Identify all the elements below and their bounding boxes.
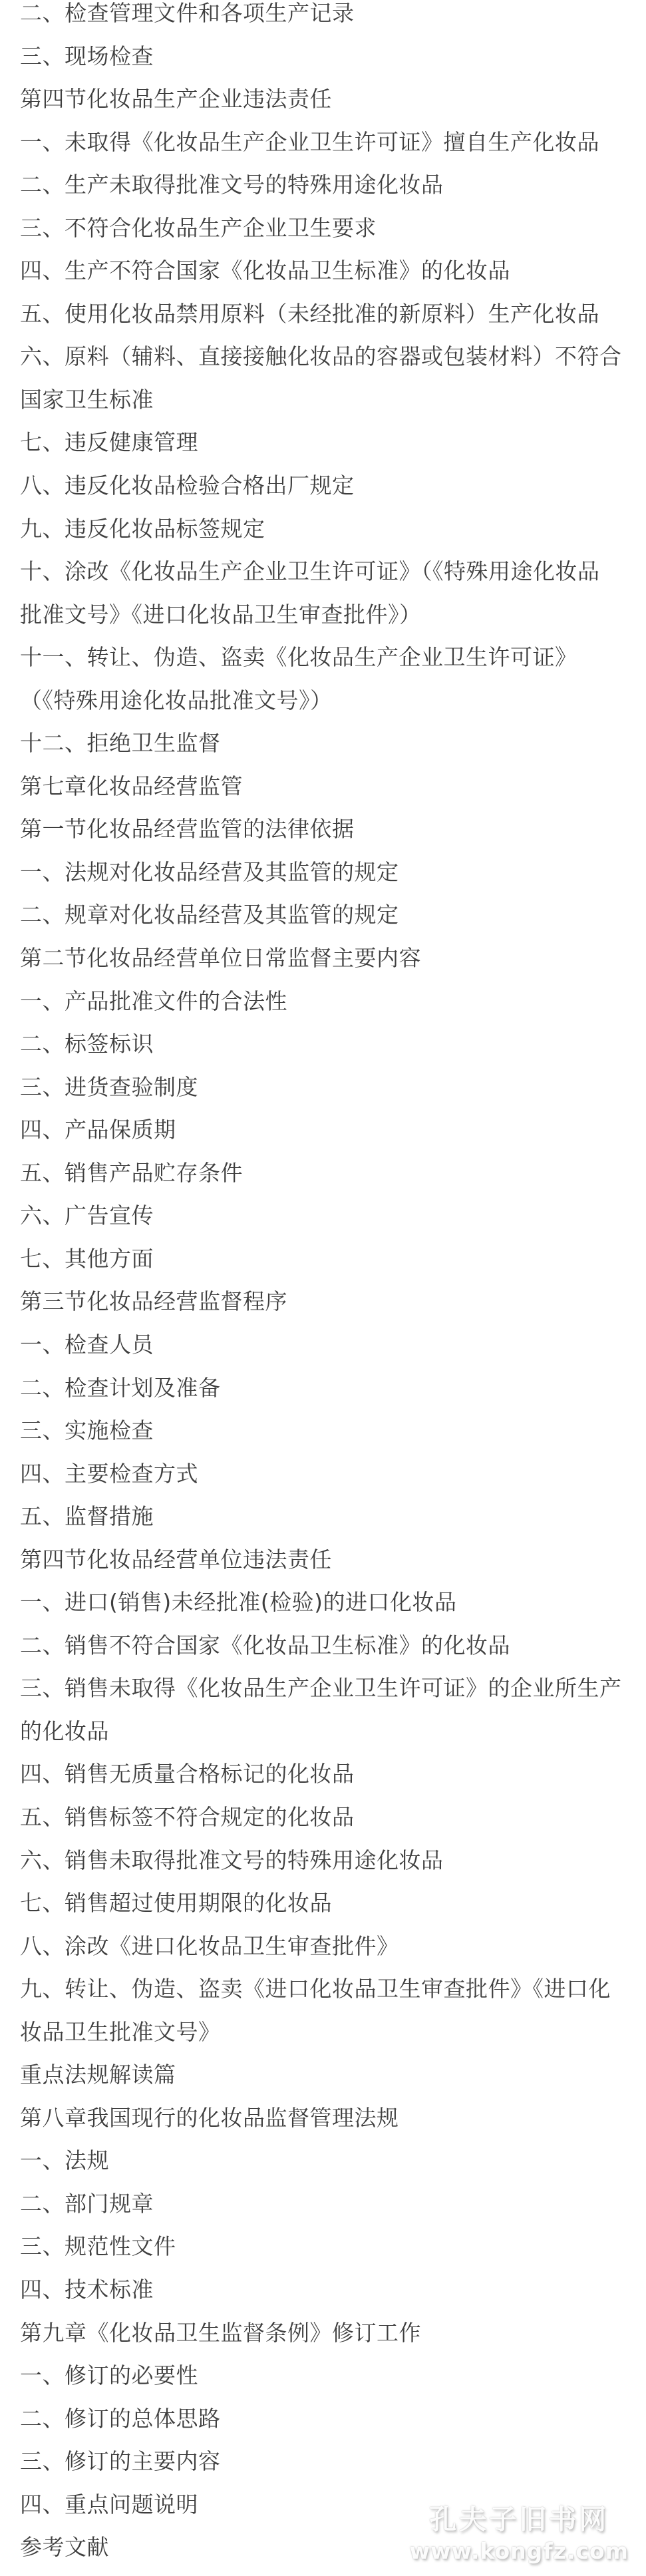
toc-line: 重点法规解读篇 <box>20 2054 639 2097</box>
toc-line: 第四节化妆品经营单位违法责任 <box>20 1539 639 1582</box>
toc-line: 三、不符合化妆品生产企业卫生要求 <box>20 207 639 250</box>
toc-line: 参考文献 <box>20 2526 639 2569</box>
toc-line: 妆品卫生批准文号》 <box>20 2011 639 2054</box>
toc-line: 五、监督措施 <box>20 1495 639 1539</box>
toc-line: 四、生产不符合国家《化妆品卫生标准》的化妆品 <box>20 250 639 293</box>
toc-line: 二、标签标识 <box>20 1023 639 1066</box>
toc-line: 国家卫生标准 <box>20 379 639 422</box>
toc-line: 四、产品保质期 <box>20 1109 639 1152</box>
toc-line: 四、销售无质量合格标记的化妆品 <box>20 1753 639 1796</box>
toc-list: 二、检查管理文件和各项生产记录三、现场检查第四节化妆品生产企业违法责任一、未取得… <box>20 0 639 2569</box>
toc-line: 一、进口(销售)未经批准(检验)的进口化妆品 <box>20 1581 639 1624</box>
toc-line: 九、转让、伪造、盗卖《进口化妆品卫生审查批件》《进口化 <box>20 1968 639 2011</box>
toc-line: 二、修订的总体思路 <box>20 2398 639 2441</box>
toc-line: 三、修订的主要内容 <box>20 2440 639 2484</box>
toc-line: 一、产品批准文件的合法性 <box>20 980 639 1023</box>
toc-line: 第九章《化妆品卫生监督条例》修订工作 <box>20 2312 639 2355</box>
toc-line: 二、检查计划及准备 <box>20 1367 639 1410</box>
toc-line: 七、销售超过使用期限的化妆品 <box>20 1882 639 1925</box>
toc-line: 二、规章对化妆品经营及其监管的规定 <box>20 894 639 937</box>
toc-line: 十二、拒绝卫生监督 <box>20 722 639 765</box>
toc-line: 三、销售未取得《化妆品生产企业卫生许可证》的企业所生产 <box>20 1667 639 1710</box>
toc-line: 十一、转让、伪造、盗卖《化妆品生产企业卫生许可证》 <box>20 636 639 679</box>
toc-line: 一、修订的必要性 <box>20 2354 639 2398</box>
toc-line: 六、原料（辅料、直接接触化妆品的容器或包装材料）不符合 <box>20 335 639 379</box>
toc-line: 八、违反化妆品检验合格出厂规定 <box>20 464 639 508</box>
toc-line: 第八章我国现行的化妆品监督管理法规 <box>20 2097 639 2140</box>
toc-line: 三、规范性文件 <box>20 2225 639 2269</box>
toc-line: 五、使用化妆品禁用原料（未经批准的新原料）生产化妆品 <box>20 293 639 336</box>
toc-line: 第七章化妆品经营监管 <box>20 765 639 809</box>
toc-line: 九、违反化妆品标签规定 <box>20 508 639 551</box>
toc-line: 一、法规对化妆品经营及其监管的规定 <box>20 851 639 894</box>
toc-line: 三、现场检查 <box>20 35 639 79</box>
toc-line: 七、违反健康管理 <box>20 421 639 464</box>
toc-line: 第二节化妆品经营单位日常监督主要内容 <box>20 937 639 980</box>
toc-line: 五、销售标签不符合规定的化妆品 <box>20 1796 639 1839</box>
toc-line: 五、销售产品贮存条件 <box>20 1152 639 1195</box>
toc-line: 二、销售不符合国家《化妆品卫生标准》的化妆品 <box>20 1624 639 1668</box>
toc-line: 八、涂改《进口化妆品卫生审查批件》 <box>20 1925 639 1968</box>
toc-line: 四、技术标准 <box>20 2269 639 2312</box>
toc-line: 批准文号》《进口化妆品卫生审查批件》） <box>20 594 639 637</box>
toc-line: 一、检查人员 <box>20 1324 639 1367</box>
toc-line: 七、其他方面 <box>20 1238 639 1281</box>
toc-line: 二、部门规章 <box>20 2183 639 2226</box>
toc-line: 第四节化妆品生产企业违法责任 <box>20 78 639 121</box>
toc-line: 六、广告宣传 <box>20 1195 639 1238</box>
toc-line: 二、检查管理文件和各项生产记录 <box>20 0 639 35</box>
toc-line: 十、涂改《化妆品生产企业卫生许可证》（《特殊用途化妆品 <box>20 550 639 594</box>
toc-line: 六、销售未取得批准文号的特殊用途化妆品 <box>20 1839 639 1883</box>
toc-line: 三、实施检查 <box>20 1409 639 1453</box>
toc-line: 二、生产未取得批准文号的特殊用途化妆品 <box>20 164 639 207</box>
toc-line: （《特殊用途化妆品批准文号》） <box>20 679 639 723</box>
toc-line: 四、主要检查方式 <box>20 1453 639 1496</box>
toc-line: 第三节化妆品经营监督程序 <box>20 1280 639 1324</box>
toc-line: 三、进货查验制度 <box>20 1066 639 1109</box>
toc-line: 一、法规 <box>20 2139 639 2183</box>
toc-line: 四、重点问题说明 <box>20 2484 639 2527</box>
toc-line: 第一节化妆品经营监管的法律依据 <box>20 808 639 851</box>
toc-line: 的化妆品 <box>20 1710 639 1753</box>
toc-line: 一、未取得《化妆品生产企业卫生许可证》擅自生产化妆品 <box>20 121 639 164</box>
